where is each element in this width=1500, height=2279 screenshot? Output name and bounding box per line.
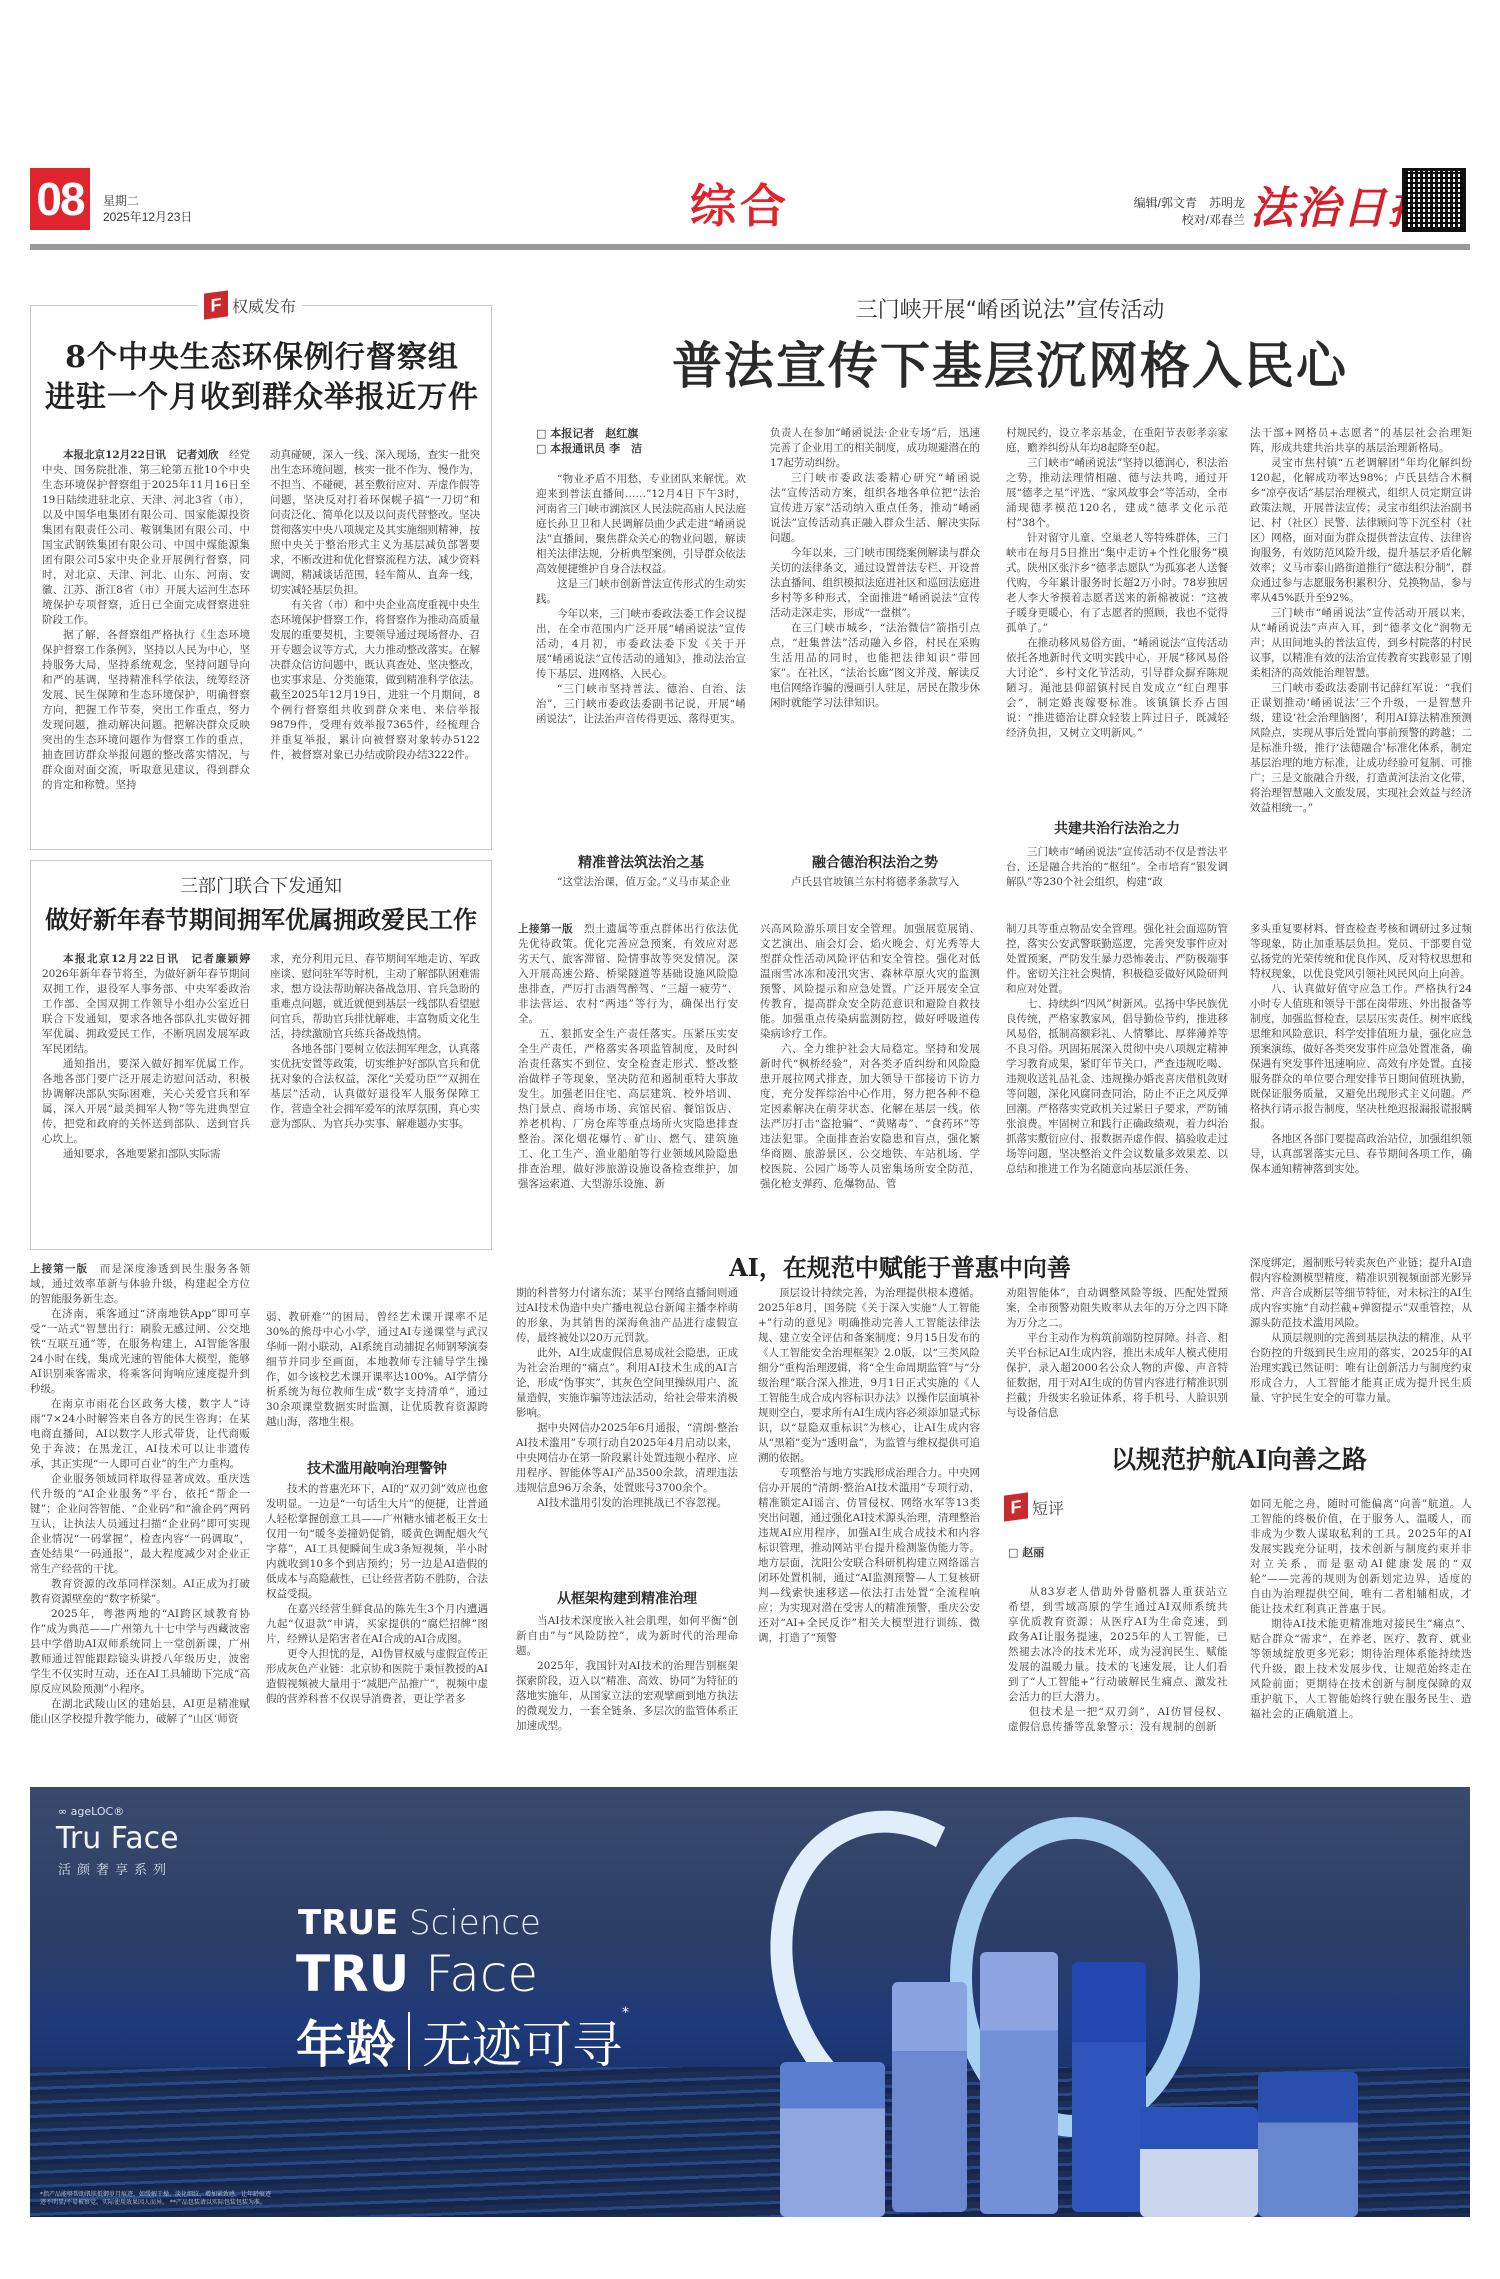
product-bottle-peptide-complex[interactable]	[1072, 1962, 1146, 2212]
paragraph: 三门峡市委政法委副书记薛红军说：“我们正谋划推动‘崤函说法’三个升级，一是智慧升…	[1250, 681, 1472, 816]
weekday: 星期二	[103, 192, 139, 209]
ad-slogan: 年龄 无迹可寻 *	[296, 2005, 629, 2077]
ad-headline-2: TRU Face	[296, 1945, 538, 2003]
section-title: 综合	[690, 170, 790, 236]
continued-from-label: 上接第一版	[30, 1263, 88, 1275]
paragraph: AI技术滥用引发的治理挑战已不容忽视。	[516, 1496, 738, 1511]
product-bottle-serum[interactable]	[980, 1952, 1058, 2214]
article-kicker: 三部门联合下发通知	[30, 872, 492, 898]
paragraph: 六、全力维护社会大局稳定。坚持和发展新时代“枫桥经验”，对各类矛盾纠纷和风险隐患…	[760, 1042, 980, 1192]
paragraph: 期的科普努力付诸东流；某平台网络直播间则通过AI技术伪造中央广播电视总台新闻主播…	[516, 1286, 738, 1346]
paragraph: 今年以来，三门峡市围绕案例解读与群众关切的法律条文，通过设置普法专栏、开设普法直…	[770, 546, 980, 621]
authority-release-tag: F 权威发布	[198, 292, 302, 318]
subheading: 融合德治积法治之势	[770, 852, 980, 872]
paragraph: 灵宝市焦村镇“五老调解团”年均化解纠纷120起，化解成功率达98%；卢氏县结合木…	[1250, 456, 1472, 606]
paragraph: 从顶层规则的完善到基层执法的精准，从平台防控的升级到民生应用的落实，2025年的…	[1250, 1331, 1472, 1406]
continued-from-label: 上接第一版	[518, 923, 573, 935]
paragraph: 企业服务领域同样取得显著成效。重庆迭代升级的“AI企业服务”平台，依托“帮企一键…	[30, 1472, 250, 1577]
article-headline: 普法宣传下基层沉网格入民心	[520, 326, 1500, 398]
paragraph: 五、狠抓安全生产责任落实。压紧压实安全生产责任，严格落实各项监管制度，及时纠治责…	[518, 1027, 738, 1192]
brand-text: ageLOC®	[71, 1805, 125, 1818]
paragraph: 八、认真做好值守应急工作。严格执行24小时专人值班和领导干部在岗带班、外出报备等…	[1250, 982, 1472, 1132]
byline-correspondent: □ 本报通讯员 李 洁	[536, 441, 736, 456]
paragraph: 劝阻智能体”，自动调整风险等级、匹配处置预案，全市预警劝阻失败率从去年的万分之四…	[1006, 1286, 1228, 1331]
article-body-col-3: 期的科普努力付诸东流；某平台网络直播间则通过AI技术伪造中央广播电视总台新闻主播…	[516, 1286, 738, 1566]
paragraph: 各地各部门要树立依法拥军理念，认真落实优抚安置等政策，切实维护好部队官兵和优抚对…	[270, 1042, 480, 1132]
product-jar-essence-capsules[interactable]	[1140, 2107, 1258, 2217]
paragraph: 在南京市雨花台区政务大楼，数字人“诗雨”7×24小时解答来自各方的民生咨询；在某…	[30, 1397, 250, 1472]
advertisement-banner[interactable]: ∞ ageLOC® Tru Face 活颜奢享系列 TRUE Science T…	[30, 1787, 1470, 2217]
disclaimer-line: 迹不明显/不易被察觉。实际使用效果因人而异。 **产品包装请以实际包装包装为准。	[40, 2199, 271, 2207]
paragraph: 各地区各部门要提高政治站位，加强组织领导，认真部署落实元旦、春节期间各项工作，确…	[1250, 1132, 1472, 1177]
paragraph: 如同无舵之舟，随时可能偏离“向善”航道。人工智能的终极价值，在于服务人、温暖人，…	[1250, 1497, 1472, 1617]
paragraph: 当AI技术深度嵌入社会肌理，如何平衡“创新自由”与“风险防控”，成为新时代的治理…	[516, 1614, 738, 1659]
paragraph: 此外，AI生成虚假信息易成社会隐患，正成为社会治理的“痛点”。利用AI技术生成的…	[516, 1346, 738, 1421]
headline-line-2: 进驻一个月收到群众举报近万件	[42, 378, 482, 418]
headline-line-1: 8个中央生态环保例行督察组	[42, 338, 482, 378]
tag-label: 权威发布	[232, 294, 296, 317]
paragraph: 2025年，粤港两地的“AI跨区域教育协作”成为典范——广州第九十七中学与西藏波…	[30, 1607, 250, 1697]
slogan-left: 年龄	[296, 2005, 396, 2077]
paragraph: 但技术是一把“双刃剑”，AI仿冒侵权、虚假信息传播等乱象警示：没有规制的创新	[1008, 1705, 1228, 1735]
paragraph: 法干部+网格员+志愿者”的基层社会治理矩阵，形成共建共治共享的基层治理新格局。	[1250, 426, 1472, 456]
article-body-col-2b: 技术的普惠光环下，AI的“双刃剑”效应也愈发明显。一边是“一句话生大片”的便捷，…	[266, 1482, 488, 1772]
paragraph: 求，充分利用元旦、春节期间军地走访、军政座谈、慰问驻军等时机，主动了解部队困难需…	[270, 952, 480, 1042]
article-headline: 做好新年春节期间拥军优属拥政爱民工作	[30, 900, 492, 935]
slogan-divider	[408, 2012, 410, 2070]
article-body-col-4: 多头重复要材料、督查检查考核和调研过多过频等现象，防止加重基层负担。党员、干部要…	[1250, 922, 1472, 1222]
byline-text: 赵丽	[1022, 1546, 1044, 1559]
paragraph: 在三门峡市城乡，“法治微信”箭指引点点，“赶集普法”活动融入乡俗，村民在采购生活…	[770, 621, 980, 711]
slogan-asterisk: *	[622, 2005, 629, 2021]
article-headline: 以规范护航AI向善之路	[1006, 1440, 1472, 1476]
article-body-col-4: 顶层设计持续完善，为治理提供根本遵循。2025年8月，国务院《关于深入实施“人工…	[758, 1286, 980, 1776]
paragraph: 卢氏县官坡镇兰东村将德孝条款写入	[770, 875, 980, 890]
subheading: 从框架构建到精准治理	[516, 1588, 738, 1608]
subheading: 精准普法筑法治之基	[536, 852, 746, 872]
commentary-col-1: 从83岁老人借助外骨骼机器人重获站立希望，到雪域高原的学生通过AI双师系统共享优…	[1008, 1585, 1228, 1765]
byline: □ 赵丽	[1008, 1545, 1044, 1560]
paragraph: 七、持续纠“四风”树新风。弘扬中华民族优良传统，严格家教家风，倡导勤俭节约，推进…	[1006, 997, 1228, 1177]
issue-date: 2025年12月23日	[103, 208, 192, 225]
ad-series-cn: 活颜奢享系列	[58, 1859, 172, 1878]
dateline: 本报北京12月22日讯 记者廉颖婷	[63, 953, 250, 965]
paragraph: 技术的普惠光环下，AI的“双刃剑”效应也愈发明显。一边是“一句话生大片”的便捷，…	[266, 1482, 488, 1602]
paragraph: 从83岁老人借助外骨骼机器人重获站立希望，到雪域高原的学生通过AI双师系统共享优…	[1008, 1585, 1228, 1705]
paragraph: 经党中央、国务院批准，第三轮第五批10个中央生态环境保护督察组于2025年11月…	[42, 449, 250, 626]
product-bottle-toner[interactable]	[892, 1982, 967, 2212]
byline-text: 本报通讯员 李 洁	[550, 442, 642, 455]
paragraph: 制刀具等重点物品安全管理。强化社会面巡防管控，落实公安武警联勤巡逻，完善突发事件…	[1006, 922, 1228, 997]
paragraph: 兴高风险游乐项目安全管理。加强展览展销、文艺演出、庙会灯会、焰火晚会、灯光秀等大…	[760, 922, 980, 1042]
article-headline: 8个中央生态环保例行督察组 进驻一个月收到群众举报近万件	[42, 338, 482, 418]
paragraph: 这是三门峡市创新普法宣传形式的生动实践。	[536, 577, 746, 607]
subheading: 共建共治行法治之力	[1006, 818, 1228, 838]
article-body-col-1: 本报北京12月22日讯 记者廉颖婷 2026年新年春节将至，为做好新年春节期间双…	[42, 952, 250, 1162]
short-commentary-tag: F 短评	[1004, 1494, 1064, 1520]
article-body-col-4: 法干部+网格员+志愿者”的基层社会治理矩阵，形成共建共治共享的基层治理新格局。 …	[1250, 426, 1472, 896]
article-body-col-2: 兴高风险游乐项目安全管理。加强展览展销、文艺演出、庙会灯会、焰火晚会、灯光秀等大…	[760, 922, 980, 1222]
paragraph: 负责人在参加“崤函说法·企业专场”后，迅速完善了企业用工的相关制度，成功规避潜在…	[770, 426, 980, 471]
paragraph: 深度绑定，遏制账号转卖灰色产业链；提升AI造假内容检测模型精度，精准识别视频面部…	[1250, 1256, 1472, 1331]
paragraph: 2025年，我国针对AI技术的治理告别框架探索阶段，迈入以“精准、高效、协同”为…	[516, 1659, 738, 1734]
qr-code-icon[interactable]	[1402, 168, 1466, 232]
paragraph: 烈士遗属等重点群体出行依法优先优待政策。优化完善应急预案，有效应对恶劣天气、旅客…	[518, 923, 738, 1025]
article-body-col-3: 制刀具等重点物品安全管理。强化社会面巡防管控，落实公安武警联勤巡逻，完善突发事件…	[1006, 922, 1228, 1222]
paragraph: 更令人担忧的是，AI伪冒权威与虚假宣传正形成灰色产业链：北京协和医院于秉恒教授的…	[266, 1647, 488, 1707]
headline-light: Science	[409, 1903, 541, 1943]
commentary-col-2: 如同无舵之舟，随时可能偏离“向善”航道。人工智能的终极价值，在于服务人、温暖人，…	[1250, 1497, 1472, 1767]
dateline: 本报北京12月22日讯 记者刘欣	[63, 449, 218, 461]
ad-headline-1: TRUE Science	[298, 1903, 541, 1943]
subheading: 技术滥用敲响治理警钟	[266, 1458, 488, 1478]
headline-bold: TRU	[296, 1945, 409, 2003]
product-jar-rich-cream[interactable]	[1258, 2072, 1358, 2217]
paragraph: 三门峡市“崤函说法”宣传活动开展以来，从“崤函说法”声声入耳，到“德孝文化”润物…	[1250, 606, 1472, 681]
byline-text: 本报记者 赵红旗	[550, 427, 638, 440]
paragraph: 弱、教研难’”的困局，曾经艺术课开课率不足30%的熊母中心小学，通过AI专递课堂…	[266, 1310, 488, 1430]
article-body-col-2: 求，充分利用元旦、春节期间军地走访、军政座谈、慰问驻军等时机，主动了解部队困难需…	[270, 952, 480, 1132]
article-body-col-1: 上接第一版 烈士遗属等重点群体出行依法优先优待政策。优化完善应急预案，有效应对恶…	[518, 922, 738, 1222]
paragraph: 专项整治与地方实践形成治理合力。中央网信办开展的“清朗·整治AI技术滥用”专项行…	[758, 1466, 980, 1646]
paragraph: 2026年新年春节将至，为做好新年春节期间双拥工作，退役军人事务部、中央军委政治…	[42, 968, 250, 1055]
disclaimer-line: *指产品能够帮助肌肤抵御岁月痕迹，如缓解干燥、淡化细纹、增加紧致感，让年龄痕迹	[40, 2191, 271, 2199]
f-logo-icon: F	[1004, 1492, 1028, 1521]
paragraph: “三门峡市坚持普法、德治、自治、法治”，三门峡市委政法委副书记说，开展“崤函说法…	[536, 682, 746, 727]
ad-product-line: Tru Face	[56, 1821, 179, 1856]
article-headline: AI，在规范中赋能于普惠中向善	[520, 1248, 1280, 1283]
paragraph: 通知指出，要深入做好拥军优属工作。各地各部门要广泛开展走访慰问活动，积极协调解决…	[42, 1057, 250, 1147]
paragraph: 三门峡市“崤函说法”坚持以德润心，积法治之势，推动法理情相融、德与法共鸣，通过开…	[1006, 456, 1228, 531]
paragraph: “这堂法治课，值万金。”义马市某企业	[536, 875, 746, 890]
f-logo-icon: F	[204, 290, 228, 319]
paragraph: 据中央网信办2025年6月通报，“清朗·整治AI技术滥用”专项行动自2025年4…	[516, 1421, 738, 1496]
product-jar-gel-cream[interactable]	[780, 2062, 885, 2217]
proofreader-line: 校对/邓春兰	[1105, 212, 1245, 229]
paragraph: 村规民约，设立孝亲基金，在重阳节表彰孝亲家庭，赡养纠纷从年均8起降至0起。	[1006, 426, 1228, 456]
article-body-col-3: 村规民约，设立孝亲基金，在重阳节表彰孝亲家庭，赡养纠纷从年均8起降至0起。 三门…	[1006, 426, 1228, 816]
header-divider	[30, 244, 1470, 250]
paragraph: 有关省（市）和中央企业高度重视中央生态环境保护督察工作，将督察作为推动高质量发展…	[270, 598, 480, 763]
bylines: □ 本报记者 赵红旗 □ 本报通讯员 李 洁	[536, 426, 736, 456]
editors-credit: 编辑/郭文青 苏明龙 校对/邓春兰	[1105, 195, 1245, 229]
paragraph: 在嘉兴经营生鲜食品的陈先生3个月内遭遇九起“仅退款”申请，买家提供的“腐烂招牌”…	[266, 1602, 488, 1647]
ad-brand-small: ∞ ageLOC®	[58, 1805, 124, 1818]
editors-line: 编辑/郭文青 苏明龙	[1105, 195, 1245, 212]
article-body-col-1: 本报北京12月22日讯 记者刘欣 经党中央、国务院批准，第三轮第五批10个中央生…	[42, 448, 250, 793]
article-body-col-2: 弱、教研难’”的困局，曾经艺术课开课率不足30%的熊母中心小学，通过AI专递课堂…	[266, 1310, 488, 1455]
ageloc-logo-icon: ∞	[58, 1805, 71, 1818]
page-number: 08	[30, 168, 90, 230]
headline-bold: TRUE	[298, 1903, 398, 1943]
article-body-col-2: 动真碰硬，深入一线、深入现场，查实一批突出生态环境问题，核实一批不作为、慢作为，…	[270, 448, 480, 763]
article-body-col-1: “物业矛盾不用愁，专业团队来解忧。欢迎来到普法直播间……”12月4日下午3时，河…	[536, 472, 746, 847]
ad-disclaimer: *指产品能够帮助肌肤抵御岁月痕迹，如缓解干燥、淡化细纹、增加紧致感，让年龄痕迹 …	[40, 2191, 271, 2207]
paragraph: 顶层设计持续完善，为治理提供根本遵循。2025年8月，国务院《关于深入实施“人工…	[758, 1286, 980, 1466]
paragraph: 多头重复要材料、督查检查考核和调研过多过频等现象，防止加重基层负担。党员、干部要…	[1250, 922, 1472, 982]
article-kicker: 三门峡开展“崤函说法”宣传活动	[520, 293, 1500, 324]
article-body-col-2: 负责人在参加“崤函说法·企业专场”后，迅速完善了企业用工的相关制度，成功规避潜在…	[770, 426, 980, 846]
paragraph: “物业矛盾不用愁，专业团队来解忧。欢迎来到普法直播间……”12月4日下午3时，河…	[536, 472, 746, 577]
paragraph: 在推动移风易俗方面，“崤函说法”宣传活动依托各地新时代文明实践中心，开展“移风易…	[1006, 636, 1228, 741]
paragraph: 教育资源的改革同样深刻。AI正成为打破教育资源壁垒的“数字桥梁”。	[30, 1577, 250, 1607]
paragraph: 期待AI技术能更精准地对接民生“痛点”、贴合群众“需求”，在养老、医疗、教育、就…	[1250, 1617, 1472, 1722]
paragraph: 通知要求，各地要紧扣部队实际需	[42, 1147, 250, 1162]
paragraph: 三门峡市委政法委精心研究“崤函说法”宣传活动方案，组织各地各单位把“法治宣传进万…	[770, 471, 980, 546]
tag-label: 短评	[1032, 1496, 1064, 1519]
paragraph: 平台主动作为构筑前端防控屏障。抖音、相关平台标记AI生成内容，推出未成年人模式使…	[1006, 1331, 1228, 1421]
article-body-col-1: 上接第一版 而是深度渗透到民生服务各领域，通过效率革新与体验升级，构建起全方位的…	[30, 1262, 250, 1762]
paragraph: 针对留守儿童、空巢老人等特殊群体，三门峡市在每月5日推出“集中走访+个性化服务”…	[1006, 531, 1228, 636]
headline-light: Face	[425, 1945, 538, 2003]
slogan-right: 无迹可寻	[422, 2005, 622, 2077]
paragraph: 据了解，各督察组严格执行《生态环境保护督察工作条例》，坚持以人民为中心，坚持服务…	[42, 628, 250, 793]
paragraph: 在济南，乘客通过“济南地铁App”即可享受“一站式”智慧出行：刷脸无感过闸、公交…	[30, 1307, 250, 1397]
article-body-col-5: 劝阻智能体”，自动调整风险等级、匹配处置预案，全市预警劝阻失败率从去年的万分之四…	[1006, 1286, 1228, 1426]
article-body-col-3b: 当AI技术深度嵌入社会肌理，如何平衡“创新自由”与“风险防控”，成为新时代的治理…	[516, 1614, 738, 1774]
paragraph: 在湖北武陵山区的建始县，AI更是精准赋能山区学校提升教学能力，破解了“山区‘师资	[30, 1697, 250, 1727]
article-body-col-6: 深度绑定，遏制账号转卖灰色产业链；提升AI造假内容检测模型精度，精准识别视频面部…	[1250, 1256, 1472, 1426]
paragraph: 今年以来，三门峡市委政法委工作会议提出，在全市范围内广泛开展“崤函说法”宣传活动…	[536, 607, 746, 682]
byline-reporter: □ 本报记者 赵红旗	[536, 426, 736, 441]
paragraph: 动真碰硬，深入一线、深入现场，查实一批突出生态环境问题，核实一批不作为、慢作为，…	[270, 448, 480, 598]
paragraph: 三门峡市“崤函说法”宣传活动不仅是普法平台，还是融合共治的“枢纽”。全市培育“银…	[1006, 845, 1228, 890]
